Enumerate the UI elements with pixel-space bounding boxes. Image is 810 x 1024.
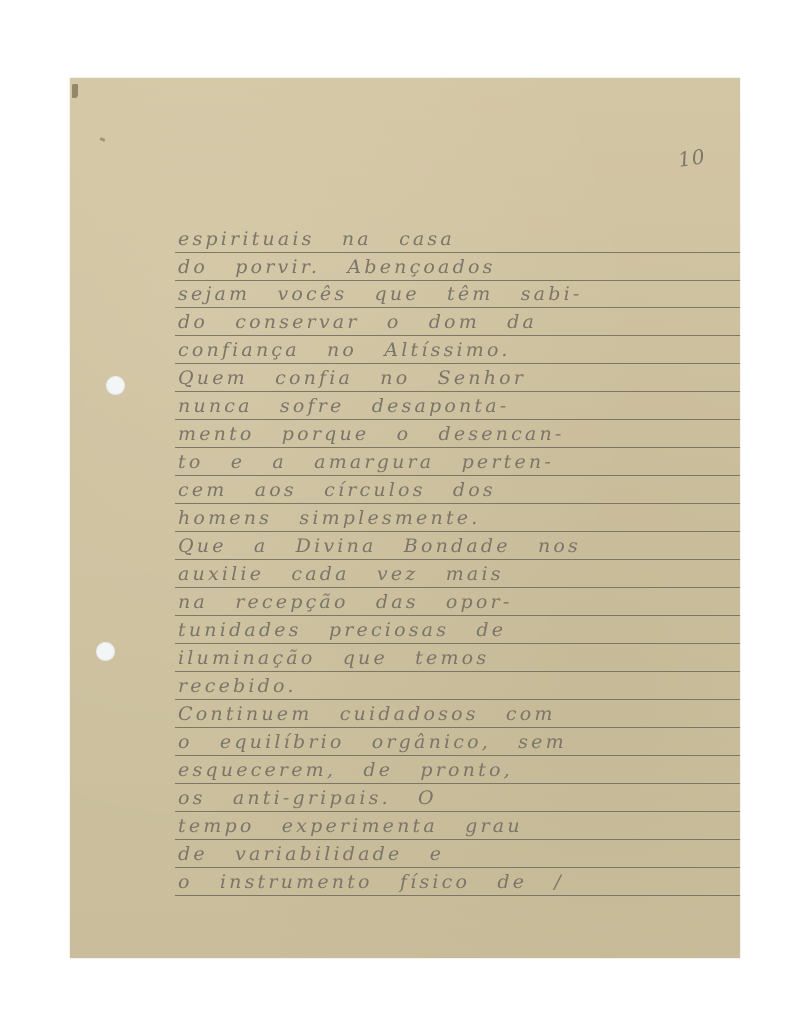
text-line: cem aos círculos dos (178, 477, 738, 503)
ruled-line (175, 503, 740, 504)
text-line: tempo experimenta grau (178, 813, 738, 839)
text-line: sejam vocês que têm sabi- (178, 281, 738, 307)
ruled-line (175, 867, 740, 868)
text-line: na recepção das opor- (178, 589, 738, 615)
ruled-line (175, 335, 740, 336)
ruled-line (175, 671, 740, 672)
text-line: os anti-gripais. O (178, 785, 738, 811)
ruled-line (175, 615, 740, 616)
ruled-line (175, 811, 740, 812)
text-line: tunidades preciosas de (178, 617, 738, 643)
ruled-line (175, 587, 740, 588)
text-line: confiança no Altíssimo. (178, 337, 738, 363)
text-line: do porvir. Abençoados (178, 254, 738, 280)
paper-tear-mark (72, 84, 78, 98)
ruled-line (175, 783, 740, 784)
text-line: Quem confia no Senhor (178, 365, 738, 391)
manuscript-page: 10 espirituais na casa do porvir. Abenço… (70, 78, 740, 958)
ruled-line (175, 643, 740, 644)
ruled-line (175, 727, 740, 728)
paper-speck (100, 137, 106, 142)
ruled-line (175, 699, 740, 700)
punch-hole-top (106, 376, 125, 395)
page-number: 10 (676, 144, 707, 172)
text-line: mento porque o desencan- (178, 421, 738, 447)
ruled-line (175, 755, 740, 756)
text-line: auxilie cada vez mais (178, 561, 738, 587)
ruled-line (175, 363, 740, 364)
text-line: Que a Divina Bondade nos (178, 533, 738, 559)
text-line: do conservar o dom da (178, 309, 738, 335)
text-line: esquecerem, de pronto, (178, 757, 738, 783)
text-line: espirituais na casa (178, 226, 738, 252)
punch-hole-bottom (96, 642, 115, 661)
ruled-line (175, 419, 740, 420)
text-line: de variabilidade e (178, 841, 738, 867)
text-line: iluminação que temos (178, 645, 738, 671)
text-line: homens simplesmente. (178, 505, 738, 531)
ruled-line (175, 252, 740, 253)
ruled-line (175, 559, 740, 560)
text-line: to e a amargura perten- (178, 449, 738, 475)
ruled-line (175, 895, 740, 896)
ruled-line (175, 531, 740, 532)
ruled-line (175, 447, 740, 448)
ruled-line (175, 475, 740, 476)
ruled-line (175, 391, 740, 392)
ruled-line (175, 307, 740, 308)
ruled-line (175, 839, 740, 840)
text-line: o equilíbrio orgânico, sem (178, 729, 738, 755)
text-line: recebido. (178, 673, 738, 699)
text-line: o instrumento físico de / (178, 869, 738, 895)
text-line: nunca sofre desaponta- (178, 393, 738, 419)
text-line: Continuem cuidadosos com (178, 701, 738, 727)
